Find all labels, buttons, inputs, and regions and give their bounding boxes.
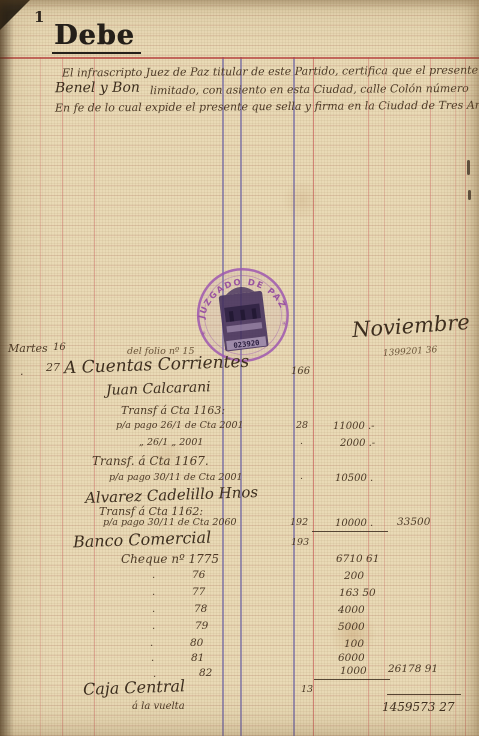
stamp-asterisk-icon: ✳ [281, 320, 287, 328]
cheque-number: 79 [195, 621, 208, 633]
entry-cheque-label: Cheque nº 1775 [121, 553, 219, 566]
sum-rule [314, 679, 390, 680]
entry-folio: 192 [290, 518, 308, 528]
page-corner-shadow [0, 0, 30, 30]
entry-account-title: Banco Comercial [73, 529, 212, 551]
entry-amount: 1000 [340, 666, 367, 678]
entry-account-title: Caja Central [83, 677, 186, 698]
binding-stitch [467, 160, 470, 175]
certificate-line-3: En fe de lo cual expide el presente que … [55, 99, 479, 114]
ruled-line-vertical [62, 57, 63, 736]
entry-payment-text: p/a pago 30/11 de Cta 2001 [109, 473, 243, 483]
entry-amount: 10000 . [335, 518, 373, 529]
ditto-mark: . [152, 570, 155, 581]
entry-payment-text: „ 26/1 „ 2001 [139, 438, 203, 448]
ditto-mark: . [152, 621, 155, 632]
entry-transfer-note: Transf á Cta 1163: [121, 405, 225, 417]
ditto-mark: . [151, 653, 154, 664]
entry-amount: 6000 [338, 653, 365, 665]
entry-amount: 4000 [338, 605, 365, 617]
ledger-page: 1 Debe El infrascripto Juez de Paz titul… [0, 0, 479, 736]
entry-folio: . [300, 472, 303, 482]
binding-shadow [0, 0, 14, 736]
entry-payment-text: p/a pago 26/1 de Cta 2001 [116, 421, 244, 431]
cheque-number: 80 [190, 638, 203, 650]
cheque-number: 78 [194, 604, 207, 616]
certificate-line-1: El infrascripto Juez de Paz titular de e… [62, 65, 478, 80]
entry-subaccount: Juan Calcarani [106, 380, 211, 399]
certificate-line-2: limitado, con asiento en esta Ciudad, ca… [150, 83, 469, 97]
total-rule [387, 694, 461, 695]
entry-folio: 193 [291, 538, 309, 548]
stamp-asterisk-icon: ✳ [201, 330, 207, 338]
entry-amount: 200 [344, 571, 364, 583]
entry-subtotal: 26178 91 [388, 664, 438, 676]
cheque-number: 76 [192, 570, 205, 582]
entry-folio: 13 [301, 685, 313, 695]
margin-day-name: Martes [8, 343, 48, 355]
page-heading-debe: Debe [52, 20, 141, 54]
margin-entry-number: 27 [46, 362, 60, 374]
entry-amount: 6710 61 [336, 554, 379, 566]
entry-folio: . [300, 437, 303, 447]
entry-folio: 28 [296, 421, 308, 431]
paper-stain [282, 180, 322, 220]
carry-over-note: á la vuelta [132, 701, 185, 712]
cheque-number: 82 [199, 668, 212, 680]
entry-amount: 11000 .- [333, 421, 375, 432]
cheque-number: 81 [191, 653, 204, 665]
ruled-line-vertical [455, 57, 456, 736]
entry-line-total: 33500 [397, 517, 430, 529]
entry-amount: 163 50 [339, 588, 376, 600]
cheque-number: 77 [192, 587, 205, 599]
margin-ditto-mark: . [20, 366, 24, 378]
ruled-line-vertical [222, 57, 224, 736]
sum-rule [312, 531, 388, 532]
month-header: Noviembre [351, 311, 470, 342]
ruled-line-vertical [313, 57, 314, 736]
binding-stitch [468, 190, 471, 200]
ruled-line-vertical [94, 57, 95, 736]
margin-day-number: 16 [53, 342, 66, 353]
ruled-line-header [0, 57, 479, 59]
entry-payment-text: p/a pago 30/11 de Cta 2060 [103, 518, 237, 528]
ruled-line-vertical [40, 57, 41, 736]
entry-amount: 100 [344, 639, 364, 651]
grand-total: 1459573 27 [382, 701, 455, 714]
ruled-line-vertical [430, 57, 431, 736]
ruled-line-vertical [293, 57, 295, 736]
entry-amount: 5000 [338, 622, 365, 634]
ruled-line-vertical [368, 57, 369, 736]
ditto-mark: . [152, 587, 155, 598]
ditto-mark: . [150, 638, 153, 649]
entry-amount: 2000 .- [340, 438, 375, 449]
entry-amount: 10500 . [335, 473, 373, 484]
page-number: 1 [34, 8, 44, 26]
ruled-line-vertical [384, 57, 385, 736]
entry-folio: 166 [291, 366, 310, 377]
ruled-line-vertical [240, 57, 242, 736]
certificate-names: Benel y Bon [55, 81, 140, 97]
ruled-line-vertical [465, 57, 466, 736]
entry-transfer-note: Transf. á Cta 1167. [92, 455, 209, 468]
entry-account-title: Alvarez Cadelillo Hnos [85, 484, 259, 507]
ditto-mark: . [152, 604, 155, 615]
